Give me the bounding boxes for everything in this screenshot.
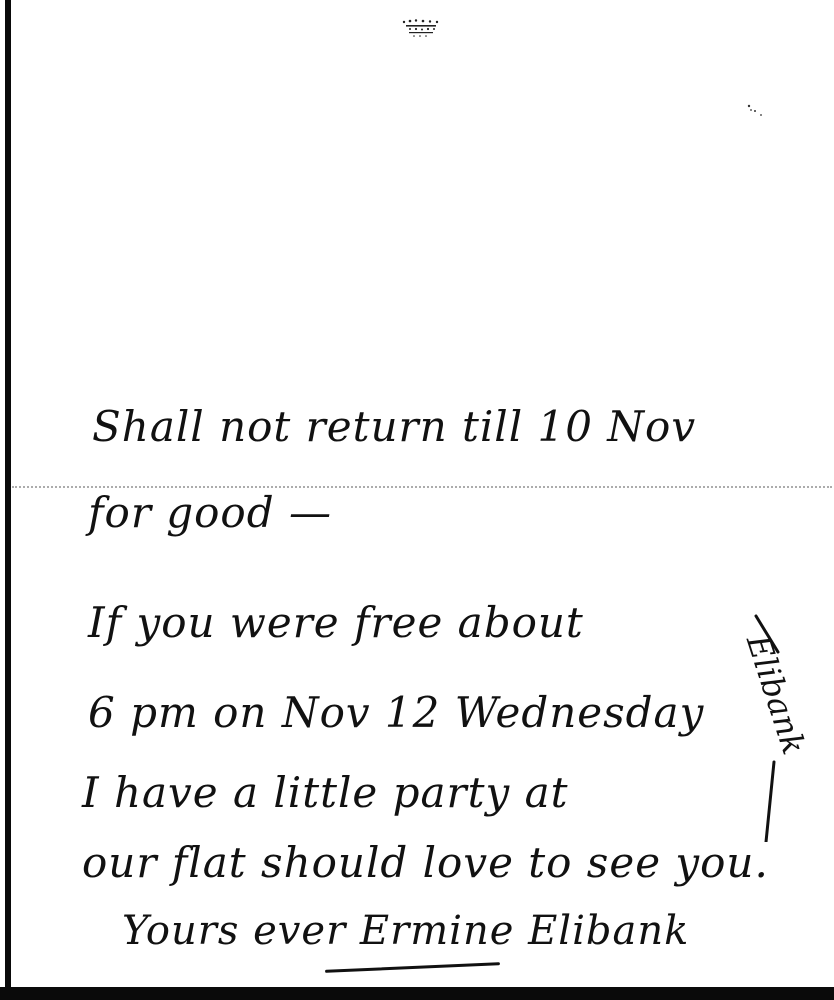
letter-line-6: our flat should love to see you.	[82, 838, 769, 887]
margin-note-elibank: Elibank	[739, 630, 813, 759]
signature-underline	[325, 962, 500, 973]
scan-bottom-border	[0, 987, 834, 1000]
letter-line-1: Shall not return till 10 Nov	[92, 402, 696, 451]
letter-line-5: I have a little party at	[82, 768, 569, 817]
letterhead-crest-icon	[396, 18, 448, 40]
letter-page: Shall not return till 10 Nov for good — …	[0, 0, 834, 1000]
letter-line-2: for good —	[88, 488, 332, 537]
ink-specks	[745, 103, 769, 119]
letter-line-3: If you were free about	[88, 598, 584, 647]
letter-line-4: 6 pm on Nov 12 Wednesday	[88, 688, 704, 737]
letter-closing-signature: Yours ever Ermine Elibank	[122, 908, 689, 954]
scan-left-border	[5, 0, 11, 992]
